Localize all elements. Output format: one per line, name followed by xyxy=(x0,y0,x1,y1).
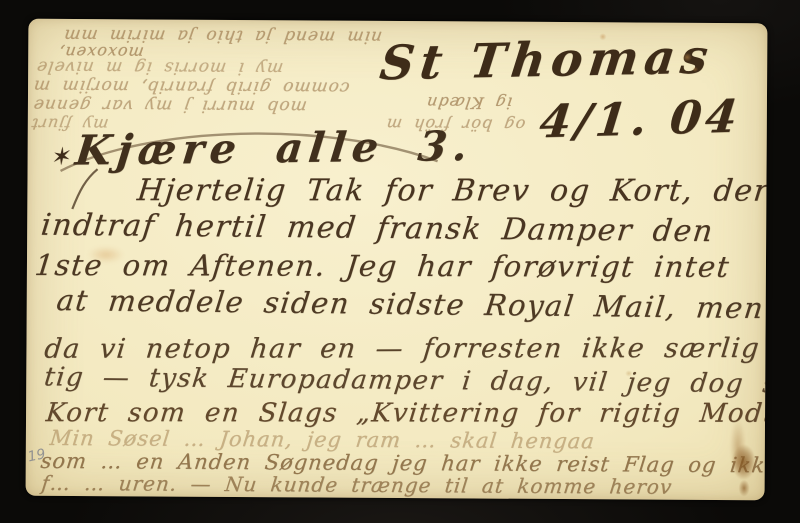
body-line: Kort som en Slags „Kvittering for rigtig… xyxy=(44,398,767,429)
salutation: Kjære alle 3. xyxy=(73,122,476,175)
age-spot xyxy=(598,32,607,41)
age-spot xyxy=(624,369,633,377)
body-line: indtraf hertil med fransk Damper den xyxy=(39,208,715,249)
dateline-place: St Thomas xyxy=(377,29,717,91)
age-spot xyxy=(85,245,127,264)
flourish-star-mark: ✶ xyxy=(47,141,72,172)
ink-stain xyxy=(738,478,751,498)
faded-body-line: f… … uren. — Nu kunde trænge til at komm… xyxy=(40,471,673,499)
mirrored-offset-text-line: ig Klædn xyxy=(425,93,514,113)
age-spot xyxy=(691,66,699,73)
body-line: da vi netop har en — forresten ikke særl… xyxy=(43,333,768,365)
dateline-date: 4/1. 04 xyxy=(537,89,744,148)
body-line: tig — tysk Europadamper i dag, vil jeg d… xyxy=(43,362,768,401)
photo-backdrop: nim mend ja thio ja mirim mm moxoxen, my… xyxy=(0,0,800,523)
mirrored-offset-text-line: mob murri j my var genne xyxy=(31,95,308,117)
postcard: nim mend ja thio ja mirim mm moxoxen, my… xyxy=(26,19,768,501)
body-line: 1ste om Aftenen. Jeg har forøvrigt intet xyxy=(33,248,732,284)
body-line: Hjertelig Tak for Brev og Kort, der xyxy=(136,173,768,209)
age-spot xyxy=(681,52,693,63)
ink-stain xyxy=(730,441,758,483)
body-line: at meddele siden sidste Royal Mail, men xyxy=(55,283,766,325)
